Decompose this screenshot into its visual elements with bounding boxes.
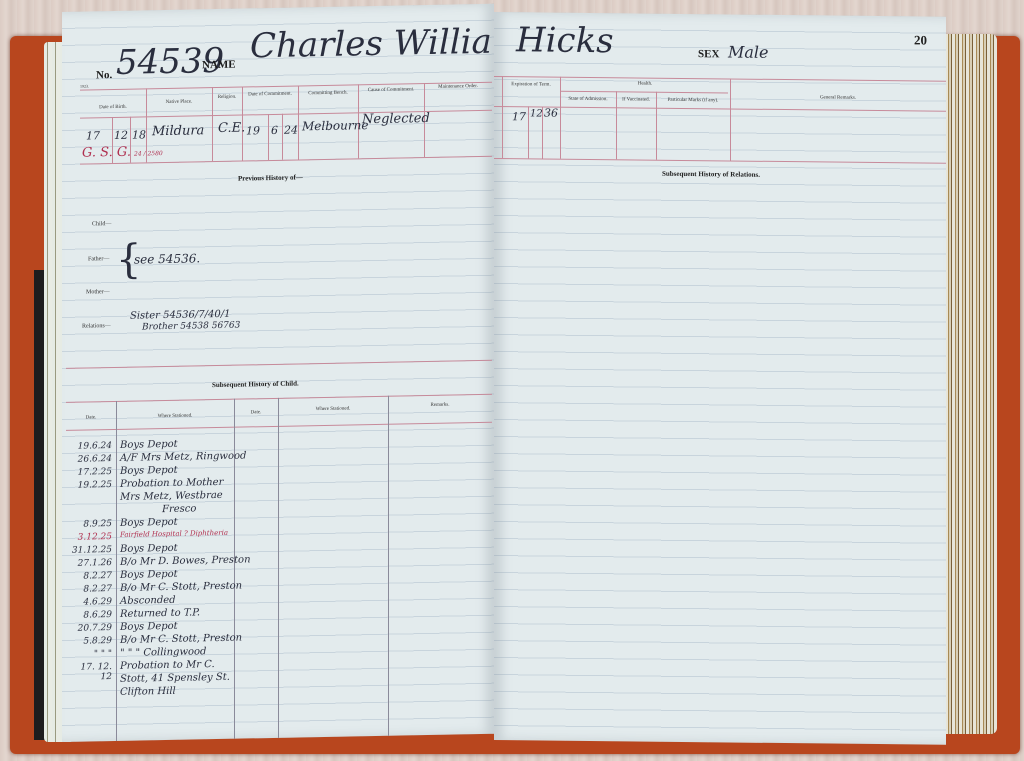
entry-date: 3.12.25: [70, 532, 112, 543]
committing-bench: Melbourne: [302, 118, 368, 133]
entry-place: Absconded: [120, 595, 176, 607]
entry-date: 19.6.24: [70, 441, 112, 452]
header-date-of-commitment: Date of Commitment.: [242, 91, 298, 97]
sex-value: Male: [728, 42, 769, 61]
header-committing-bench: Committing Bench.: [298, 90, 358, 96]
entry-place: Clifton Hill: [120, 686, 176, 698]
entry-date: 8.2.27: [70, 584, 112, 595]
entry-place: Boys Depot: [120, 465, 178, 477]
religion: C.E.: [218, 120, 245, 136]
mother-label: Mother—: [86, 289, 110, 295]
header-maintenance-order: Maintenance Order.: [424, 84, 492, 90]
header-date-2: Date.: [234, 410, 278, 416]
year-mark: 1923.: [80, 83, 89, 88]
entry-place: Boys Depot: [120, 439, 178, 451]
header-health: Health.: [560, 81, 730, 88]
name-label: NAME: [202, 59, 236, 72]
sex-label: SEX: [698, 48, 719, 60]
header-where-stationed-2: Where Stationed.: [278, 406, 388, 413]
entry-place: Boys Depot: [120, 517, 178, 529]
entry-place: B/o Mr C. Stott, Preston: [120, 633, 242, 646]
header-date-1: Date.: [66, 415, 116, 421]
given-names: Charles William: [250, 21, 524, 66]
entry-date: 8.6.29: [70, 610, 112, 621]
entry-place: Boys Depot: [120, 621, 178, 633]
header-expiration-of-term: Expiration of Term.: [502, 82, 560, 88]
entry-date: 19.2.25: [70, 480, 112, 491]
entry-place: A/F Mrs Metz, Ringwood: [120, 450, 246, 463]
child-history-entries: 19.6.24Boys Depot26.6.24A/F Mrs Metz, Ri…: [62, 4, 494, 12]
entry-date: 31.12.25: [70, 545, 112, 556]
entry-date: 4.6.29: [70, 597, 112, 608]
entry-date: 26.6.24: [70, 454, 112, 465]
relations-label: Relations—: [82, 323, 111, 330]
parents-note: see 54536.: [134, 251, 200, 266]
entry-place: Returned to T.P.: [120, 607, 200, 620]
header-general-remarks: General Remarks.: [730, 94, 946, 101]
header-native-place: Native Place.: [146, 99, 212, 105]
subsequent-history-child-title: Subsequent History of Child.: [212, 379, 299, 389]
header-state-of-admission: State of Admission.: [560, 97, 616, 103]
relations-line-2: Brother 54538 56763: [142, 321, 240, 333]
page-number: 20: [914, 32, 927, 48]
commitment-month: 6: [271, 124, 278, 137]
number-label: No.: [96, 69, 112, 81]
native-place: Mildura: [152, 123, 204, 139]
relations-line-1: Sister 54536/7/40/1: [130, 309, 230, 322]
header-cause-of-commitment: Cause of Commitment.: [358, 87, 424, 93]
cause-of-commitment: Neglected: [362, 111, 430, 127]
entry-date: 8.2.27: [70, 571, 112, 582]
right-page-edges: [945, 34, 997, 734]
entry-place: B/o Mr C. Stott, Preston: [120, 581, 242, 594]
header-date-of-birth: Date of Birth.: [80, 104, 146, 110]
left-page: 1923. No. 54539 NAME Charles William Dat…: [62, 4, 494, 742]
birth-annotation: G. S. G.: [82, 145, 131, 161]
entry-date: 5.8.29: [70, 636, 112, 647]
expiration-year: 36: [544, 107, 558, 120]
entry-place: Fairfield Hospital ? Diphtheria: [120, 529, 228, 539]
expiration-month: 12: [530, 108, 543, 119]
header-remarks: Remarks.: [388, 402, 492, 409]
expiration-day: 17: [512, 110, 526, 123]
header-particular-marks: Particular Marks (if any).: [656, 98, 730, 104]
right-page: Hicks SEX Male 20 Expiration of Term. He…: [494, 12, 946, 745]
entry-place: Boys Depot: [120, 543, 178, 555]
entry-place: Probation to Mother: [120, 477, 223, 490]
header-where-stationed-1: Where Stationed.: [116, 413, 234, 420]
surname: Hicks: [516, 20, 614, 61]
birth-annotation-sub: 24 / 2580: [134, 150, 163, 158]
entry-place: Boys Depot: [120, 569, 178, 581]
subsequent-history-relations-title: Subsequent History of Relations.: [662, 170, 760, 179]
commitment-day: 19: [246, 124, 260, 137]
entry-place: Stott, 41 Spensley St.: [120, 672, 230, 685]
entry-date: 20.7.29: [70, 623, 112, 634]
father-label: Father—: [88, 256, 109, 262]
entry-date: 17. 12. 12: [70, 662, 112, 683]
entry-date: [70, 688, 112, 689]
child-label: Child—: [92, 221, 111, 227]
entry-date: [70, 506, 112, 507]
commitment-year: 24: [284, 123, 298, 136]
entry-place: " " " Collingwood: [120, 646, 206, 659]
entry-date: [70, 493, 112, 494]
birth-month: 12: [114, 129, 128, 142]
entry-date: 27.1.26: [70, 558, 112, 569]
entry-date: 17.2.25: [70, 467, 112, 478]
birth-year: 18: [132, 128, 146, 141]
entry-place: B/o Mr D. Bowes, Preston: [120, 554, 251, 568]
previous-history-title: Previous History of—: [238, 173, 303, 182]
entry-date: 8.9.25: [70, 519, 112, 530]
entry-place: Fresco: [162, 503, 196, 515]
header-if-vaccinated: If Vaccinated.: [616, 97, 656, 102]
header-religion: Religion.: [212, 95, 242, 101]
entry-date: " " ": [70, 649, 112, 660]
entry-place: Mrs Metz, Westbrae: [120, 490, 223, 503]
birth-day: 17: [86, 129, 100, 142]
entry-place: Probation to Mr C.: [120, 659, 215, 672]
